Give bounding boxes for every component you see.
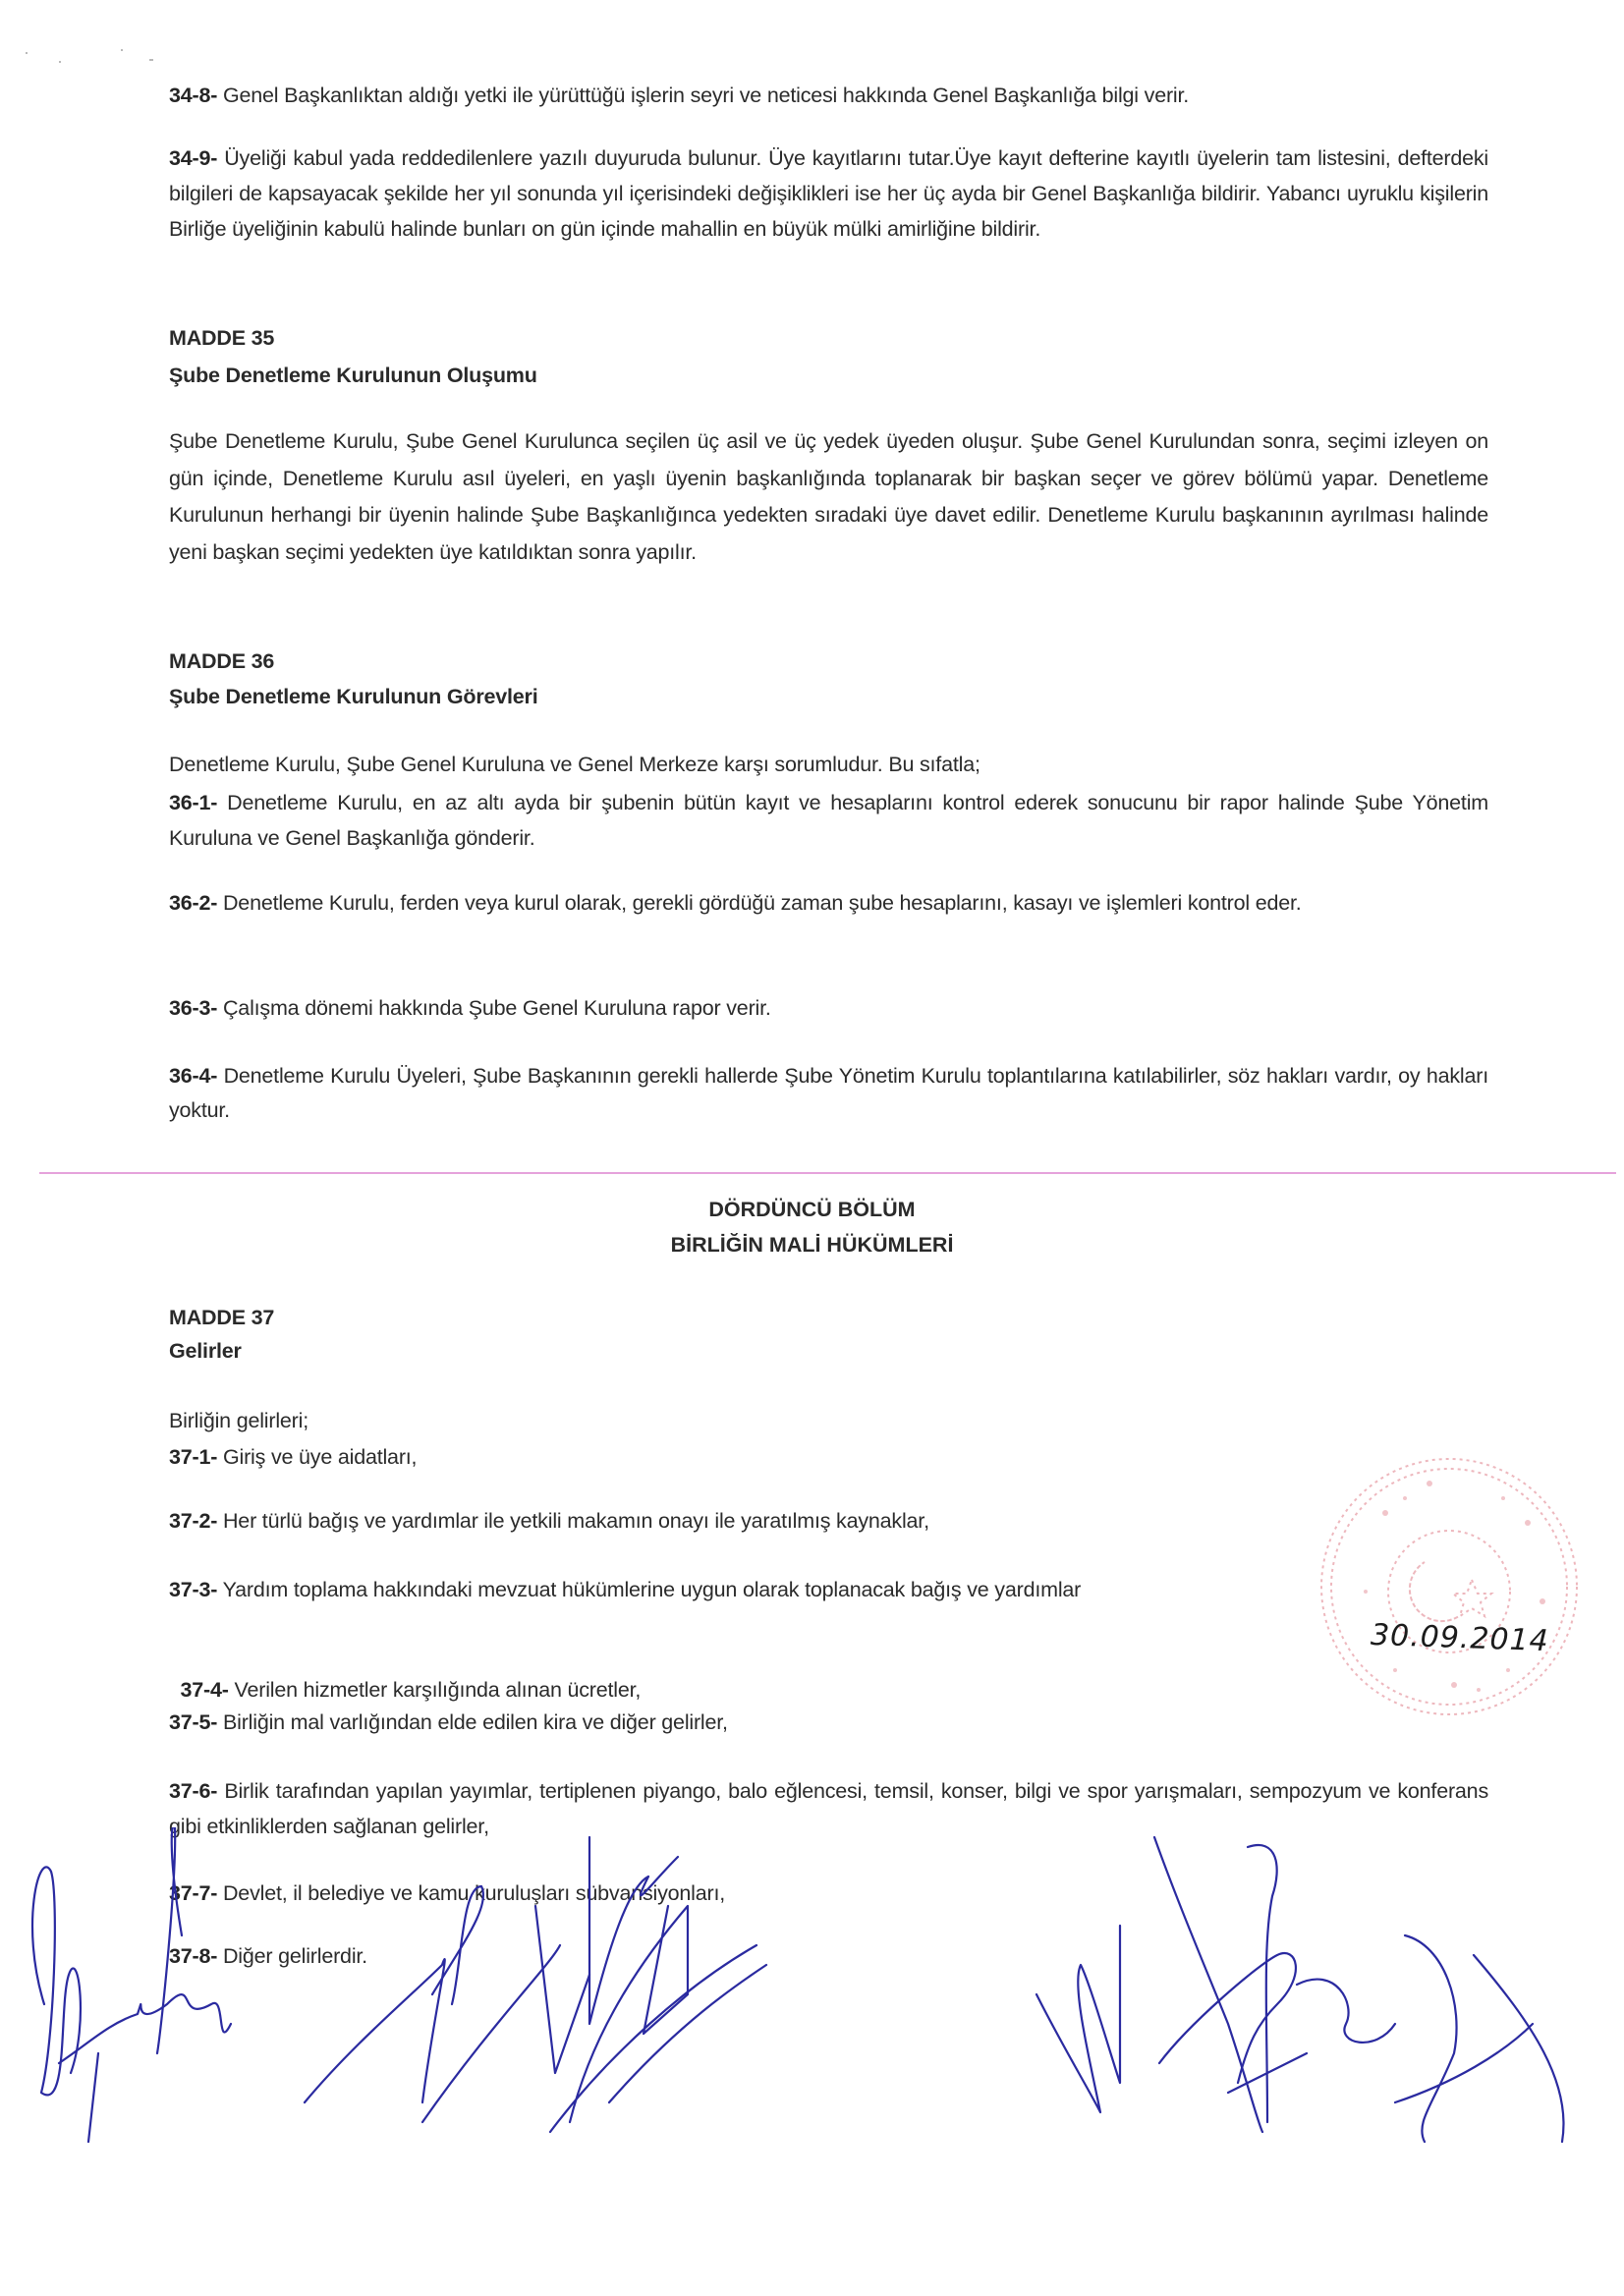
item-text: Verilen hizmetler karşılığında alınan üc… — [229, 1678, 641, 1702]
item-number: 37-7- — [169, 1881, 217, 1905]
item-number: 36-2- — [169, 891, 217, 915]
item-number: 37-2- — [169, 1509, 217, 1533]
article-36-3: 36-3- Çalışma dönemi hakkında Şube Genel… — [169, 991, 1488, 1025]
item-number: 37-4- — [181, 1678, 229, 1702]
scan-speck — [59, 61, 61, 63]
item-text: Birliğin mal varlığından elde edilen kir… — [223, 1710, 728, 1734]
article-37-8: 37-8- Diğer gelirlerdir. — [169, 1939, 1488, 1973]
article-34-9: 34-9- Üyeliği kabul yada reddedilenlere … — [169, 140, 1488, 247]
madde-37-intro: Birliğin gelirleri; — [169, 1404, 1488, 1437]
madde-36-intro: Denetleme Kurulu, Şube Genel Kuruluna ve… — [169, 748, 1488, 781]
item-text: Devlet, il belediye ve kamu kuruluşları … — [223, 1881, 725, 1905]
madde-36-title: Şube Denetleme Kurulunun Görevleri — [169, 680, 1488, 713]
madde-35-number: MADDE 35 — [169, 321, 1488, 355]
item-number: 37-8- — [169, 1944, 217, 1968]
signature-1-icon — [32, 1827, 231, 2142]
item-number: 36-1- — [169, 791, 217, 814]
item-number: 37-1- — [169, 1445, 217, 1469]
item-number: 36-4- — [169, 1064, 217, 1088]
handwritten-date: 30.09.2014 — [1370, 1618, 1549, 1658]
item-text: Çalışma dönemi hakkında Şube Genel Kurul… — [223, 996, 771, 1020]
scan-speck — [149, 59, 153, 61]
item-number: 37-6- — [169, 1779, 217, 1803]
item-text: Giriş ve üye aidatları, — [223, 1445, 417, 1469]
article-36-2: 36-2- Denetleme Kurulu, ferden veya kuru… — [169, 885, 1488, 921]
scan-speck — [121, 49, 123, 51]
section-title: DÖRDÜNCÜ BÖLÜM — [0, 1193, 1624, 1226]
article-36-4: 36-4- Denetleme Kurulu Üyeleri, Şube Baş… — [169, 1059, 1488, 1128]
article-37-2: 37-2- Her türlü bağış ve yardımlar ile y… — [169, 1504, 1488, 1538]
item-text: Her türlü bağış ve yardımlar ile yetkili… — [223, 1509, 929, 1533]
madde-35-title: Şube Denetleme Kurulunun Oluşumu — [169, 359, 1488, 392]
madde-37-number: MADDE 37 — [169, 1301, 1488, 1334]
madde-35-body: Şube Denetleme Kurulu, Şube Genel Kurulu… — [169, 423, 1488, 571]
item-text: Denetleme Kurulu Üyeleri, Şube Başkanını… — [169, 1064, 1488, 1122]
article-34-8: 34-8- Genel Başkanlıktan aldığı yetki il… — [169, 79, 1488, 112]
signature-2-icon — [305, 1886, 560, 2122]
article-37-4: 37-4- Verilen hizmetler karşılığında alı… — [169, 1640, 1488, 1707]
article-37-7: 37-7- Devlet, il belediye ve kamu kurulu… — [169, 1876, 1488, 1910]
item-number: 37-5- — [169, 1710, 217, 1734]
item-text: Denetleme Kurulu, ferden veya kurul olar… — [223, 891, 1302, 915]
article-37-5: 37-5- Birliğin mal varlığından elde edil… — [169, 1706, 1488, 1739]
section-subtitle: BİRLİĞİN MALİ HÜKÜMLERİ — [0, 1228, 1624, 1261]
article-37-1: 37-1- Giriş ve üye aidatları, — [169, 1440, 1488, 1474]
item-number: 34-8- — [169, 84, 217, 107]
item-text: Yardım toplama hakkındaki mevzuat hüküml… — [223, 1578, 1082, 1601]
item-number: 34-9- — [169, 146, 217, 170]
article-36-1: 36-1- Denetleme Kurulu, en az altı ayda … — [169, 785, 1488, 856]
official-stamp-icon — [1307, 1444, 1592, 1729]
item-text: Birlik tarafından yapılan yayımlar, tert… — [169, 1779, 1488, 1838]
madde-36-number: MADDE 36 — [169, 644, 1488, 678]
item-number: 37-3- — [169, 1578, 217, 1601]
item-text: Diğer gelirlerdir. — [223, 1944, 367, 1968]
madde-37-title: Gelirler — [169, 1334, 1488, 1368]
item-number: 36-3- — [169, 996, 217, 1020]
article-37-3: 37-3- Yardım toplama hakkındaki mevzuat … — [169, 1573, 1488, 1606]
item-text: Denetleme Kurulu, en az altı ayda bir şu… — [169, 791, 1488, 850]
section-divider — [39, 1172, 1616, 1174]
item-text: Genel Başkanlıktan aldığı yetki ile yürü… — [223, 84, 1189, 107]
item-text: Üyeliği kabul yada reddedilenlere yazılı… — [169, 146, 1488, 241]
scan-speck — [26, 52, 28, 54]
article-37-6: 37-6- Birlik tarafından yapılan yayımlar… — [169, 1773, 1488, 1844]
